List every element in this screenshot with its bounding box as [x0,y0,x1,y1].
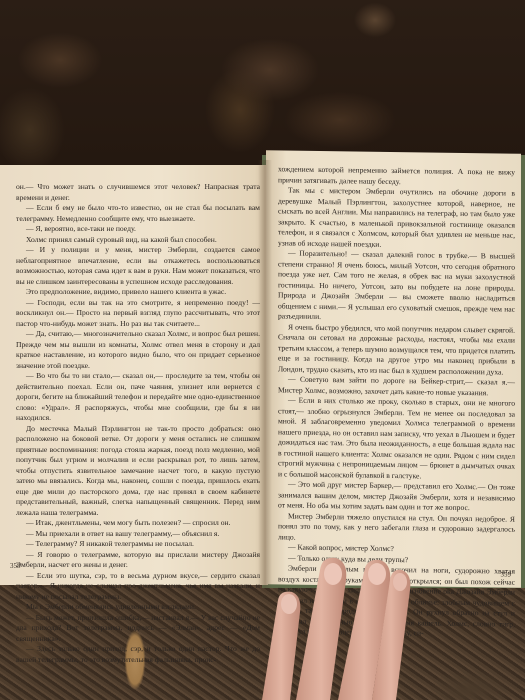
paragraph: — Я говорю о телеграмме, которую вы прис… [16,550,260,571]
left-page-text: он.— Что может знать о случившемся этот … [16,182,260,665]
paragraph: Мистер Эмберли тяжело опустился на стул.… [278,511,515,546]
right-page-number: 359 [501,569,512,580]
paragraph: — Я, вероятно, все-таки не поеду. [16,224,260,235]
paragraph: Эмберли с хриплым воплем вскочил на ноги… [278,563,515,640]
paragraph: Я очень быстро убедился, что мой попутчи… [278,322,515,378]
paragraph: — Телеграмму? Я никакой телеграммы не по… [16,539,260,550]
paragraph: — Мы приехали в ответ на вашу телеграмму… [16,529,260,540]
paragraph: Холмс принял самый суровый вид, на какой… [16,235,260,246]
paragraph: — Поразительно! — сказал далекий голос в… [278,248,515,325]
paragraph: Мы с Эмберли обменялись удивленными взгл… [16,602,260,613]
paragraph: — Если б ему не было что-то известно, он… [16,203,260,224]
right-page: хождением которой непременно займется по… [266,150,521,588]
rug-background-top [0,0,525,165]
right-page-text: хождением которой непременно займется по… [278,164,515,640]
paragraph: — И у полиции и у меня, мистер Эмберли, … [16,245,260,287]
paragraph: — Во что бы то ни стало,— сказал он,— пр… [16,371,260,424]
paragraph: он.— Что может знать о случившемся этот … [16,182,260,203]
paragraph: — Господи, если вы так на это смотрите, … [16,298,260,330]
paragraph: — Это мой друг мистер Баркер,— представи… [278,479,515,514]
left-page: он.— Что может знать о случившемся этот … [0,165,268,585]
paragraph: — Быть может, произошла ошибка,— настаив… [16,613,260,645]
paragraph: Так мы с мистером Эмберли очутились на о… [278,185,515,251]
paragraph: — Да, считаю,— многозначительно сказал Х… [16,329,260,371]
paragraph: — Если в них столько же проку, сколько в… [278,395,515,482]
left-page-number: 358 [10,561,21,572]
paragraph: — Итак, джентльмены, чем могу быть полез… [16,518,260,529]
paragraph: — Если это шутка, сэр, то в весьма дурно… [16,571,260,603]
paragraph: До местечка Малый Пэрлингтон не так-то п… [16,424,260,519]
paragraph: Это предположение, видимо, привело нашег… [16,287,260,298]
paragraph: — Здесь только один приход, сэр, и тольк… [16,644,260,665]
